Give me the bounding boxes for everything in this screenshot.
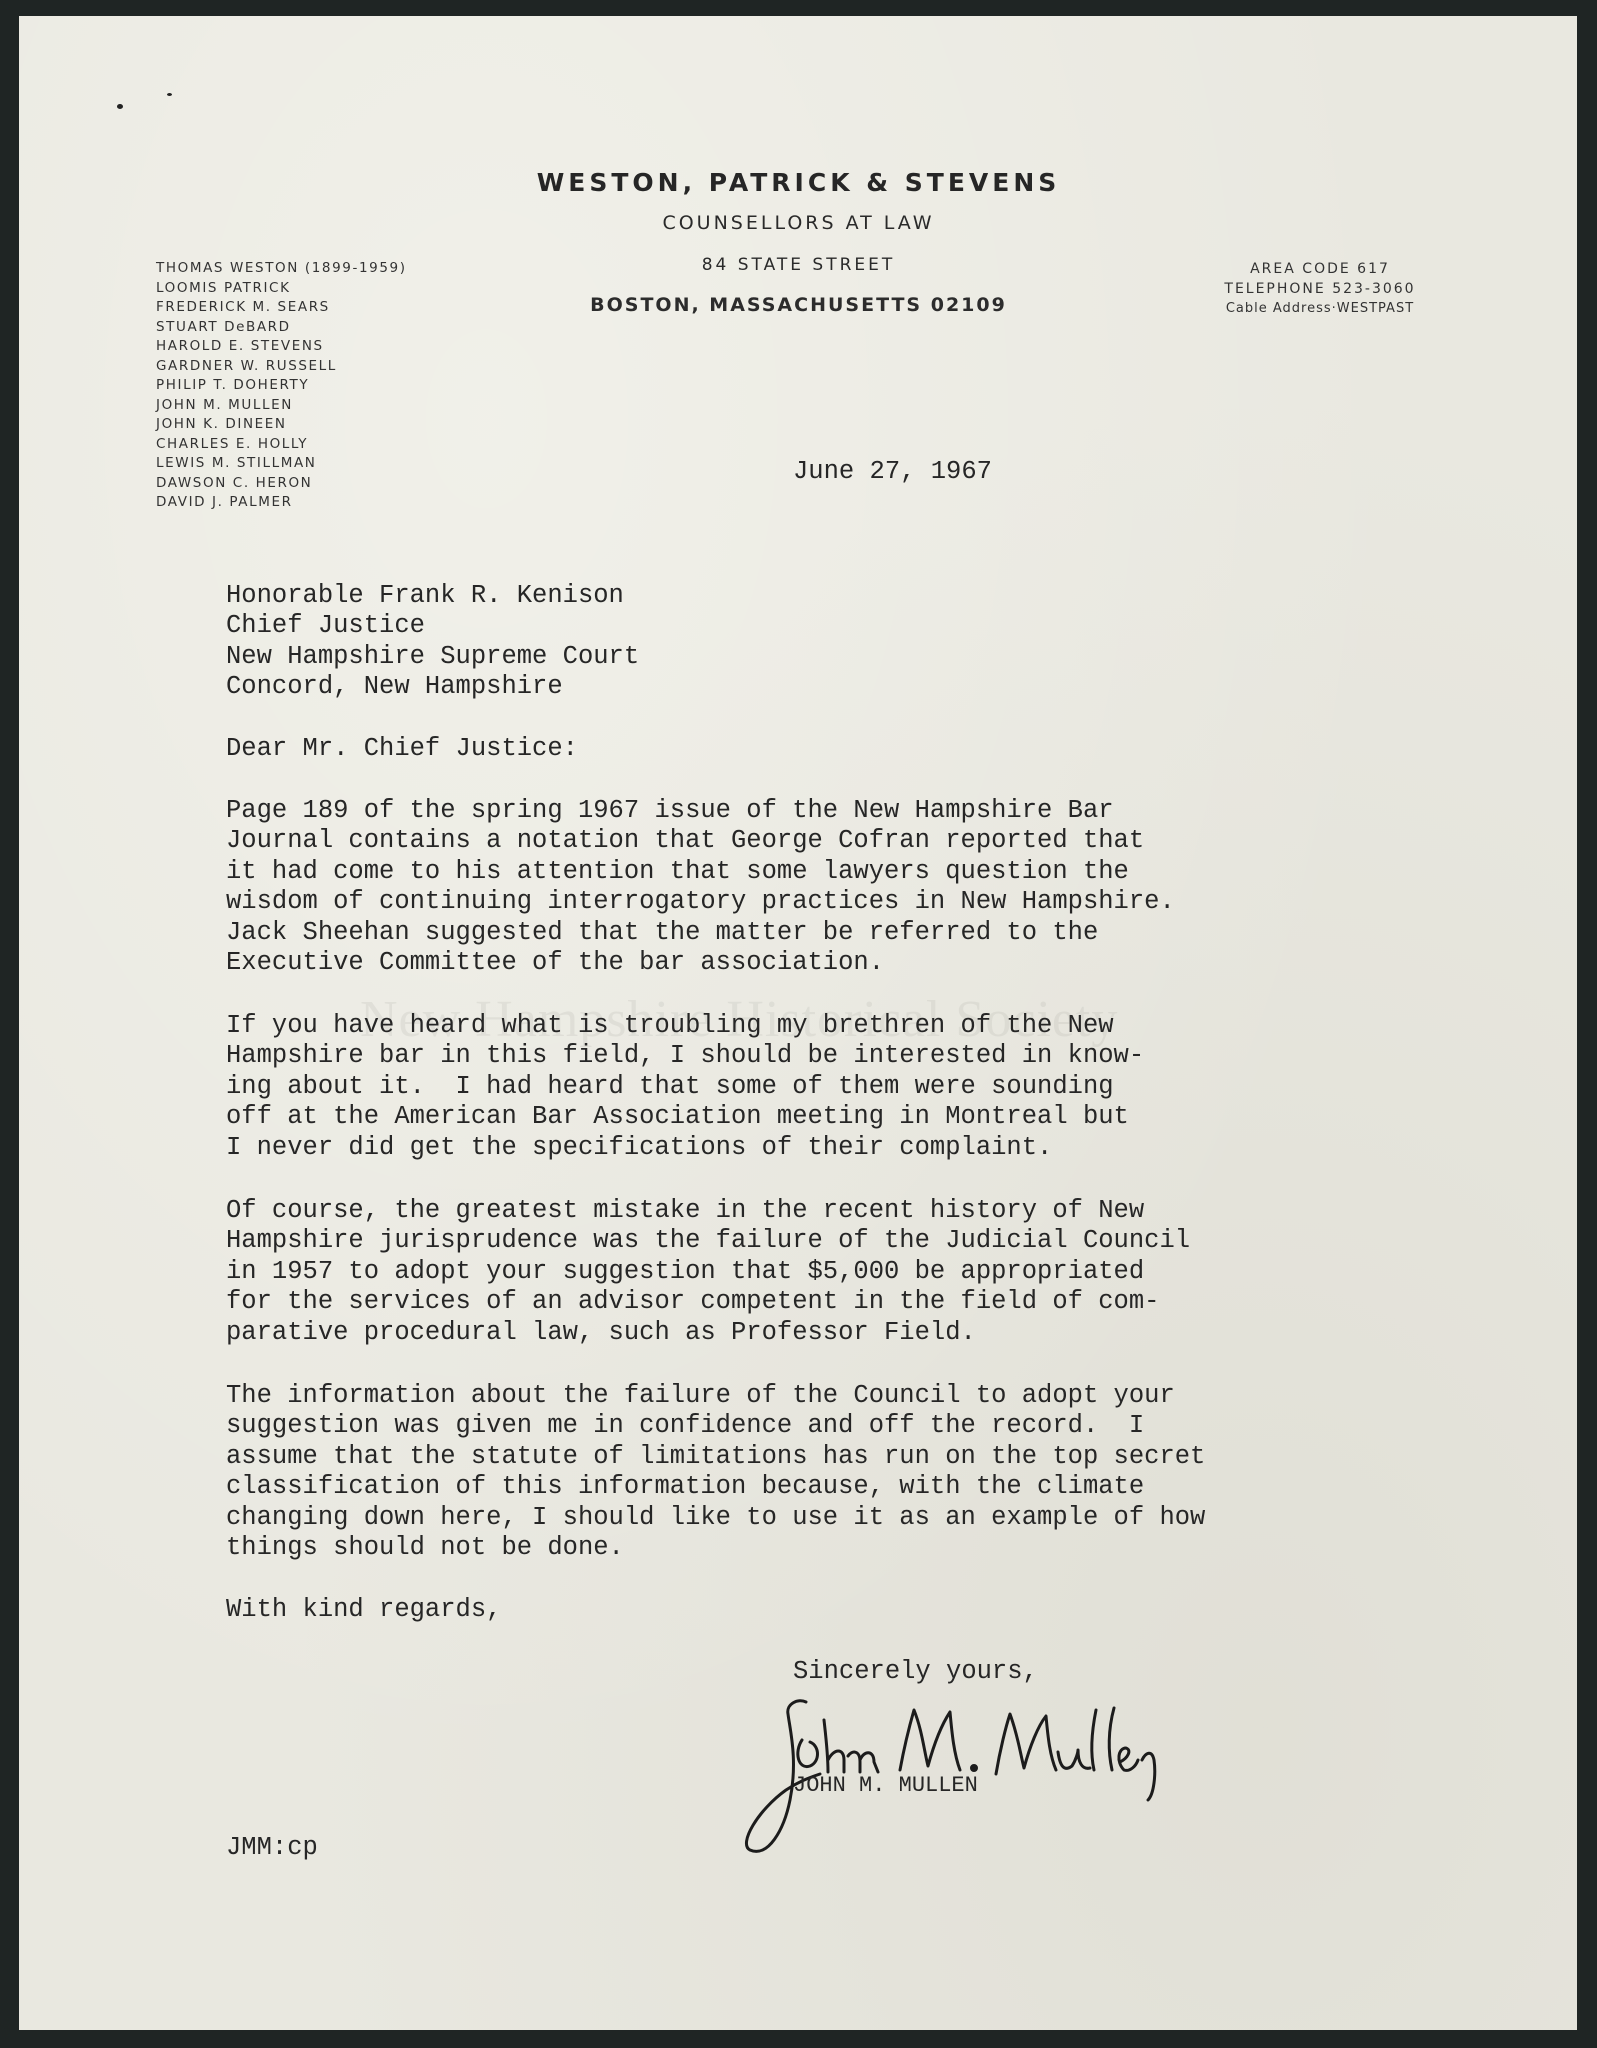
paragraph-4: The information about the failure of the… — [226, 1381, 1205, 1563]
area-code: AREA CODE 617 — [1180, 259, 1460, 279]
text-line: changing down here, I should like to use… — [226, 1503, 1205, 1533]
paragraph-3: Of course, the greatest mistake in the r… — [226, 1196, 1190, 1348]
partner-name: CHARLES E. HOLLY — [156, 435, 407, 455]
partner-name: LOOMIS PATRICK — [156, 279, 407, 299]
address-line: Chief Justice — [226, 611, 639, 641]
typed-signatory-name: JOHN M. MULLEN — [793, 1771, 978, 1801]
text-line: Executive Committee of the bar associati… — [226, 948, 1175, 978]
paragraph-2: If you have heard what is troubling my b… — [226, 1011, 1144, 1163]
text-line: in 1957 to adopt your suggestion that $5… — [226, 1257, 1190, 1287]
text-line: wisdom of continuing interrogatory pract… — [226, 887, 1175, 917]
text-line: classification of this information becau… — [226, 1472, 1205, 1502]
partner-name: FREDERICK M. SEARS — [156, 298, 407, 318]
text-line: ing about it. I had heard that some of t… — [226, 1072, 1144, 1102]
text-line: suggestion was given me in confidence an… — [226, 1411, 1205, 1441]
text-line: If you have heard what is troubling my b… — [226, 1011, 1144, 1041]
address-line: Honorable Frank R. Kenison — [226, 581, 639, 611]
partner-name: PHILIP T. DOHERTY — [156, 376, 407, 396]
text-line: parative procedural law, such as Profess… — [226, 1318, 1190, 1348]
partner-name: GARDNER W. RUSSELL — [156, 357, 407, 377]
contact-block: AREA CODE 617 TELEPHONE 523-3060 Cable A… — [1180, 259, 1460, 319]
text-line: it had come to his attention that some l… — [226, 857, 1175, 887]
telephone: TELEPHONE 523-3060 — [1180, 279, 1460, 299]
text-line: The information about the failure of the… — [226, 1381, 1205, 1411]
text-line: Hampshire jurisprudence was the failure … — [226, 1226, 1190, 1256]
text-line: off at the American Bar Association meet… — [226, 1102, 1144, 1132]
ink-speck — [167, 93, 172, 96]
partner-name: LEWIS M. STILLMAN — [156, 454, 407, 474]
address-line: New Hampshire Supreme Court — [226, 642, 639, 672]
partner-name: JOHN M. MULLEN — [156, 396, 407, 416]
partner-name: DAVID J. PALMER — [156, 493, 407, 513]
text-line: assume that the statute of limitations h… — [226, 1442, 1205, 1472]
text-line: for the services of an advisor competent… — [226, 1287, 1190, 1317]
letter-date: June 27, 1967 — [793, 457, 992, 487]
address-line: Concord, New Hampshire — [226, 672, 639, 702]
text-line: Page 189 of the spring 1967 issue of the… — [226, 796, 1175, 826]
partner-name: HAROLD E. STEVENS — [156, 337, 407, 357]
text-line: Jack Sheehan suggested that the matter b… — [226, 918, 1175, 948]
text-line: I never did get the specifications of th… — [226, 1133, 1144, 1163]
paragraph-1: Page 189 of the spring 1967 issue of the… — [226, 796, 1175, 978]
text-line: Of course, the greatest mistake in the r… — [226, 1196, 1190, 1226]
salutation: Dear Mr. Chief Justice: — [226, 734, 578, 764]
sign-off: Sincerely yours, — [793, 1657, 1038, 1687]
text-line: things should not be done. — [226, 1533, 1205, 1563]
recipient-address: Honorable Frank R. KenisonChief JusticeN… — [226, 581, 639, 703]
partner-name: DAWSON C. HERON — [156, 474, 407, 494]
text-line: Journal contains a notation that George … — [226, 826, 1175, 856]
reference-initials: JMM:cp — [226, 1833, 318, 1863]
ink-speck — [117, 104, 123, 109]
partner-name: STUART DeBARD — [156, 318, 407, 338]
text-line: Hampshire bar in this field, I should be… — [226, 1041, 1144, 1071]
partner-name: JOHN K. DINEEN — [156, 415, 407, 435]
partner-name: THOMAS WESTON (1899-1959) — [156, 259, 407, 279]
closing: With kind regards, — [226, 1595, 501, 1625]
firm-subtitle: COUNSELLORS AT LAW — [0, 212, 1597, 234]
partner-list: THOMAS WESTON (1899-1959)LOOMIS PATRICKF… — [156, 259, 407, 513]
cable-address: Cable Address·WESTPAST — [1180, 299, 1460, 319]
firm-name: WESTON, PATRICK & STEVENS — [0, 168, 1597, 197]
